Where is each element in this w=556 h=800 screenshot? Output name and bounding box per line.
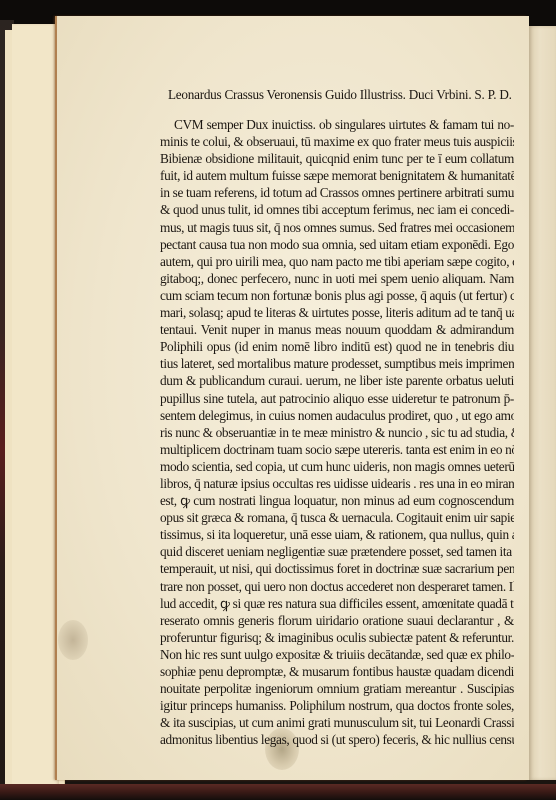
text-line: admonitus libentius legas, quod si (ut s… xyxy=(160,731,514,748)
text-line: tissimus, si ita loqueretur, unā esse ui… xyxy=(160,526,514,543)
text-line: Poliphili opus (id enim nomē libro indit… xyxy=(160,338,514,355)
text-line: quid disceret ueniam negligentiæ suæ præ… xyxy=(160,543,514,560)
text-line: proferuntur figurisq; & imaginibus oculi… xyxy=(160,629,514,646)
text-line: est, ꝙ cum nostrati lingua loquatur, non… xyxy=(160,492,514,509)
text-line: mus, ut magis tuus sit, q̄ nos omnes sum… xyxy=(160,219,514,236)
facing-page-edge xyxy=(529,26,556,780)
text-line: temperauit, ut nisi, qui doctissimus for… xyxy=(160,560,514,577)
text-line: tius lateret, sed mortalibus mature prod… xyxy=(160,355,514,372)
text-line: sophiæ penu depromptæ, & musarum fontibu… xyxy=(160,663,514,680)
text-line: ris nunc & obseruantiæ in te meæ ministr… xyxy=(160,424,514,441)
dedication-heading: Leonardus Crassus Veronensis Guido Illus… xyxy=(168,87,518,103)
text-line: multiplicem doctrinam tuam socio sæpe ut… xyxy=(160,441,514,458)
text-line: dum & publicandum curaui. uerum, ne libe… xyxy=(160,372,514,389)
text-line: Non hic res sunt uulgo expositæ & triuii… xyxy=(160,646,514,663)
text-line: pupillus sine tutela, aut patrocinio ali… xyxy=(160,390,514,407)
book-binding-bottom xyxy=(0,784,556,800)
text-line: mari, solasq; apud te literas & uirtutes… xyxy=(160,304,514,321)
dedication-body: CVM semper Dux inuictiss. ob singulares … xyxy=(160,116,514,748)
underlying-leaf xyxy=(12,24,59,788)
text-line: libros, q̄ naturæ ipsius occultas res ui… xyxy=(160,475,514,492)
text-line: fuit, id autem multum fuisse sæpe memora… xyxy=(160,167,514,184)
text-line: tentaui. Venit nuper in manus meas nouum… xyxy=(160,321,514,338)
text-line: sentem delegimus, in cuius nomen audacul… xyxy=(160,407,514,424)
text-line: lud accedit, ꝙ si quæ res natura sua dif… xyxy=(160,595,514,612)
text-line: modo scientia, sed copia, ut cum hunc ui… xyxy=(160,458,514,475)
text-line: & ita suscipias, ut cum animi grati munu… xyxy=(160,714,514,731)
text-line: igitur princeps humaniss. Poliphilum nos… xyxy=(160,697,514,714)
text-line: cum sciam tecum non fortunæ bonis plus a… xyxy=(160,287,514,304)
text-line: reserato omnis generis florum uiridario … xyxy=(160,612,514,629)
text-line: minis te colui, & obseruaui, tū maxime e… xyxy=(160,133,514,150)
text-line: nouitate perpolitæ ingeniorum omnium gra… xyxy=(160,680,514,697)
text-line: CVM semper Dux inuictiss. ob singulares … xyxy=(160,116,514,133)
text-line: trare non posset, qui uero non doctus ac… xyxy=(160,578,514,595)
text-line: & quod unus tulit, id omnes tibi acceptu… xyxy=(160,201,514,218)
page-stain xyxy=(58,620,88,660)
text-line: opus sit græca & romana, q̄ tusca & uern… xyxy=(160,509,514,526)
text-line: gitaboq;, donec perfecero, nunc in uoti … xyxy=(160,270,514,287)
text-line: autem, qui pro uirili mea, quo nam pacto… xyxy=(160,253,514,270)
text-line: in se tuam referens, id totum ad Crassos… xyxy=(160,184,514,201)
text-line: pectant causa tua non modo sua omnia, se… xyxy=(160,236,514,253)
text-line: Bibienæ obsidione militauit, quicqnid en… xyxy=(160,150,514,167)
